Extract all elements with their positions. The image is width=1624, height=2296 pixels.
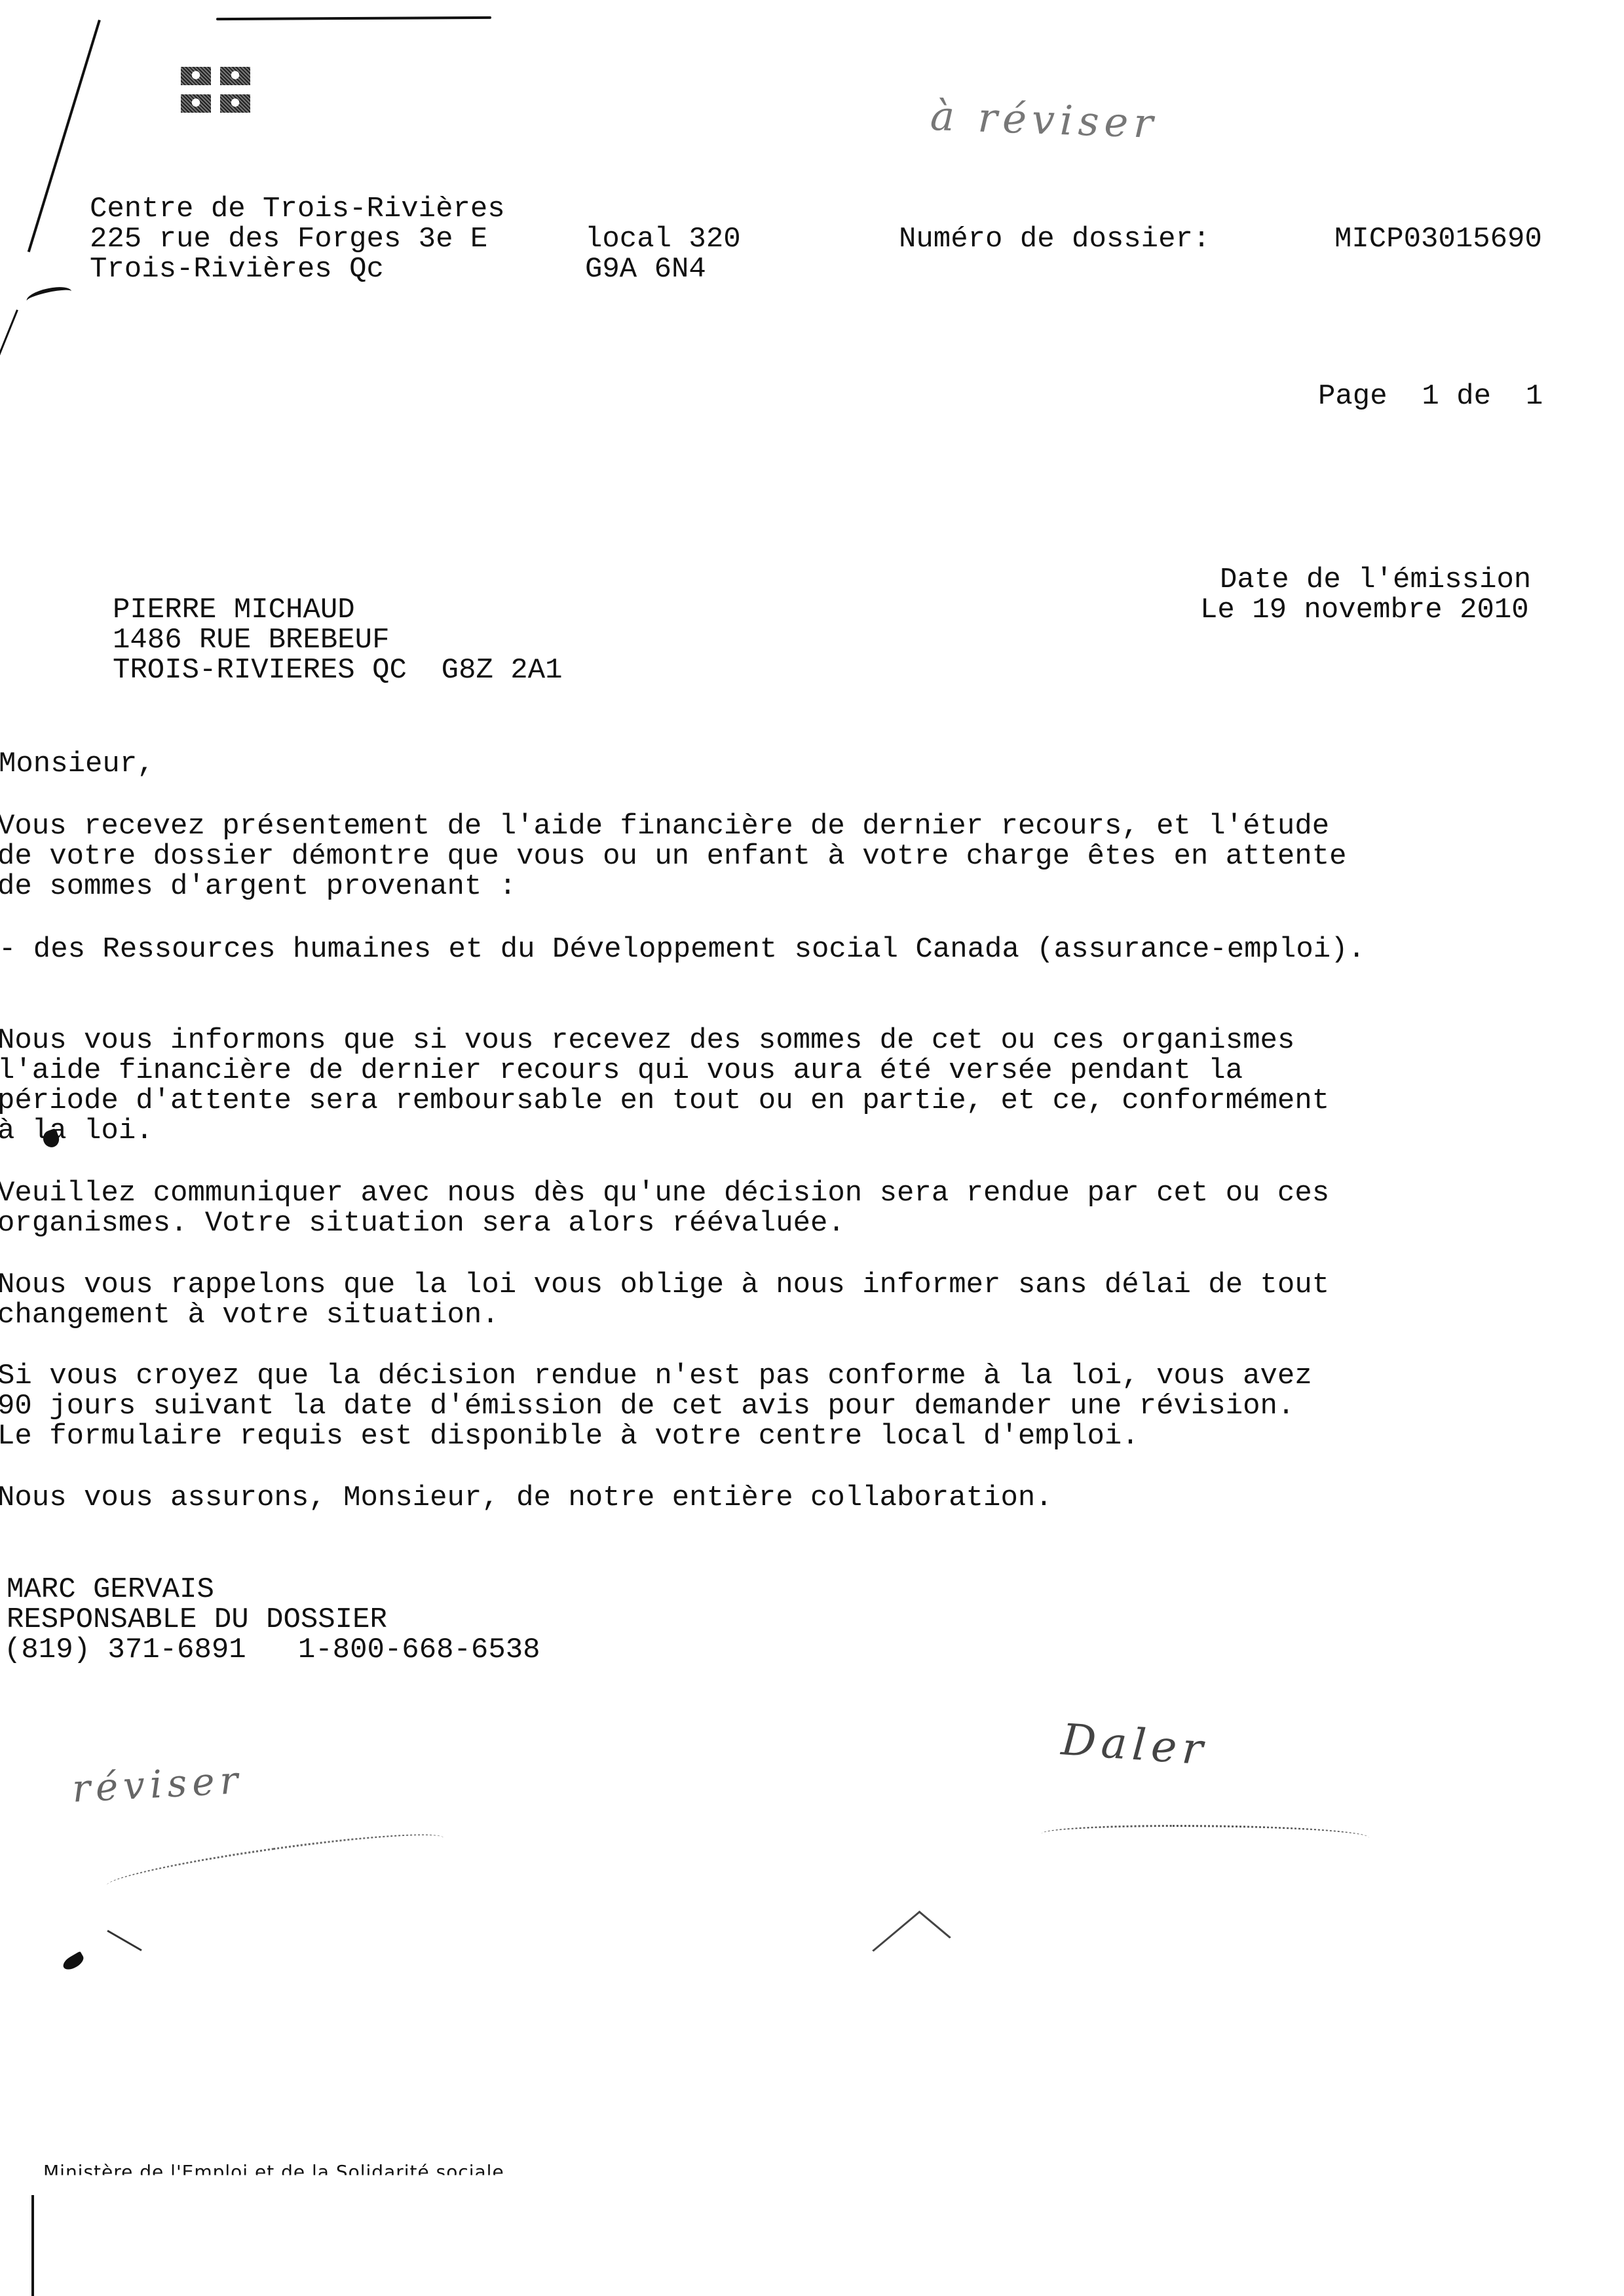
issue-date-label: Date de l'émission (1220, 565, 1531, 595)
ink-stroke (107, 1930, 142, 1951)
body-line: à la loi. (0, 1116, 153, 1146)
sender-postal-code: G9A 6N4 (585, 254, 706, 284)
scan-artifact-bottom-rule (31, 2195, 34, 2296)
body-line: Nous vous informons que si vous recevez … (0, 1025, 1294, 1056)
body-line: de votre dossier démontre que vous ou un… (0, 841, 1347, 871)
quebec-flag-logo-icon: ⚜ ⚜ ⚜ ⚜ (181, 67, 253, 114)
sender-suite: local 320 (585, 224, 741, 254)
page-indicator: Page 1 de 1 (1318, 381, 1543, 411)
signatory-name: MARC GERVAIS (7, 1575, 214, 1605)
handwritten-note-right: Daler (1061, 1725, 1209, 1765)
salutation: Monsieur, (0, 749, 155, 779)
fleur-de-lis-icon: ⚜ (220, 94, 250, 113)
ministry-footer: Ministère de l'Emploi et de la Solidarit… (43, 2162, 504, 2182)
file-number-label: Numéro de dossier: (899, 224, 1210, 254)
body-line: l'aide financière de dernier recours qui… (0, 1056, 1243, 1086)
handwritten-underline (1042, 1825, 1369, 1846)
closing-line: Nous vous assurons, Monsieur, de notre e… (0, 1483, 1053, 1513)
handwritten-note-top: à réviser (930, 101, 1158, 139)
body-line: Nous vous rappelons que la loi vous obli… (0, 1270, 1329, 1300)
body-line: Le formulaire requis est disponible à vo… (0, 1421, 1139, 1451)
handwritten-note-left: réviser (71, 1765, 244, 1804)
body-line: 90 jours suivant la date d'émission de c… (0, 1391, 1294, 1421)
body-line: période d'attente sera remboursable en t… (0, 1086, 1329, 1116)
ink-blot (61, 1951, 86, 1973)
file-number: MICP03015690 (1334, 224, 1542, 254)
body-line: de sommes d'argent provenant : (0, 871, 516, 902)
signatory-phones: (819) 371-6891 1-800-668-6538 (4, 1635, 540, 1665)
body-line: organismes. Votre situation sera alors r… (0, 1208, 845, 1238)
body-line: changement à votre situation. (0, 1300, 499, 1330)
scan-artifact-stroke (0, 309, 18, 358)
fleur-de-lis-icon: ⚜ (220, 67, 250, 85)
body-line: Si vous croyez que la décision rendue n'… (0, 1361, 1312, 1391)
issue-date-value: Le 19 novembre 2010 (1200, 595, 1529, 625)
body-line: Veuillez communiquer avec nous dès qu'un… (0, 1178, 1329, 1208)
recipient-street: 1486 RUE BREBEUF (113, 625, 389, 655)
source-item: - des Ressources humaines et du Développ… (0, 934, 1365, 965)
signatory-title: RESPONSABLE DU DOSSIER (7, 1605, 387, 1635)
sender-office: Centre de Trois-Rivières (90, 194, 505, 224)
sender-street: 225 rue des Forges 3e E (90, 224, 487, 254)
handwritten-underline (105, 1824, 446, 1900)
scan-artifact-hook (25, 284, 73, 309)
body-line: Vous recevez présentement de l'aide fina… (0, 811, 1329, 841)
handwritten-check-mark (872, 1911, 951, 1977)
recipient-city: TROIS-RIVIERES QC G8Z 2A1 (113, 655, 563, 685)
fleur-de-lis-icon: ⚜ (181, 67, 211, 85)
fleur-de-lis-icon: ⚜ (181, 94, 211, 113)
scan-artifact-top-line (216, 16, 491, 20)
recipient-name: PIERRE MICHAUD (113, 595, 355, 625)
sender-city: Trois-Rivières Qc (90, 254, 384, 284)
